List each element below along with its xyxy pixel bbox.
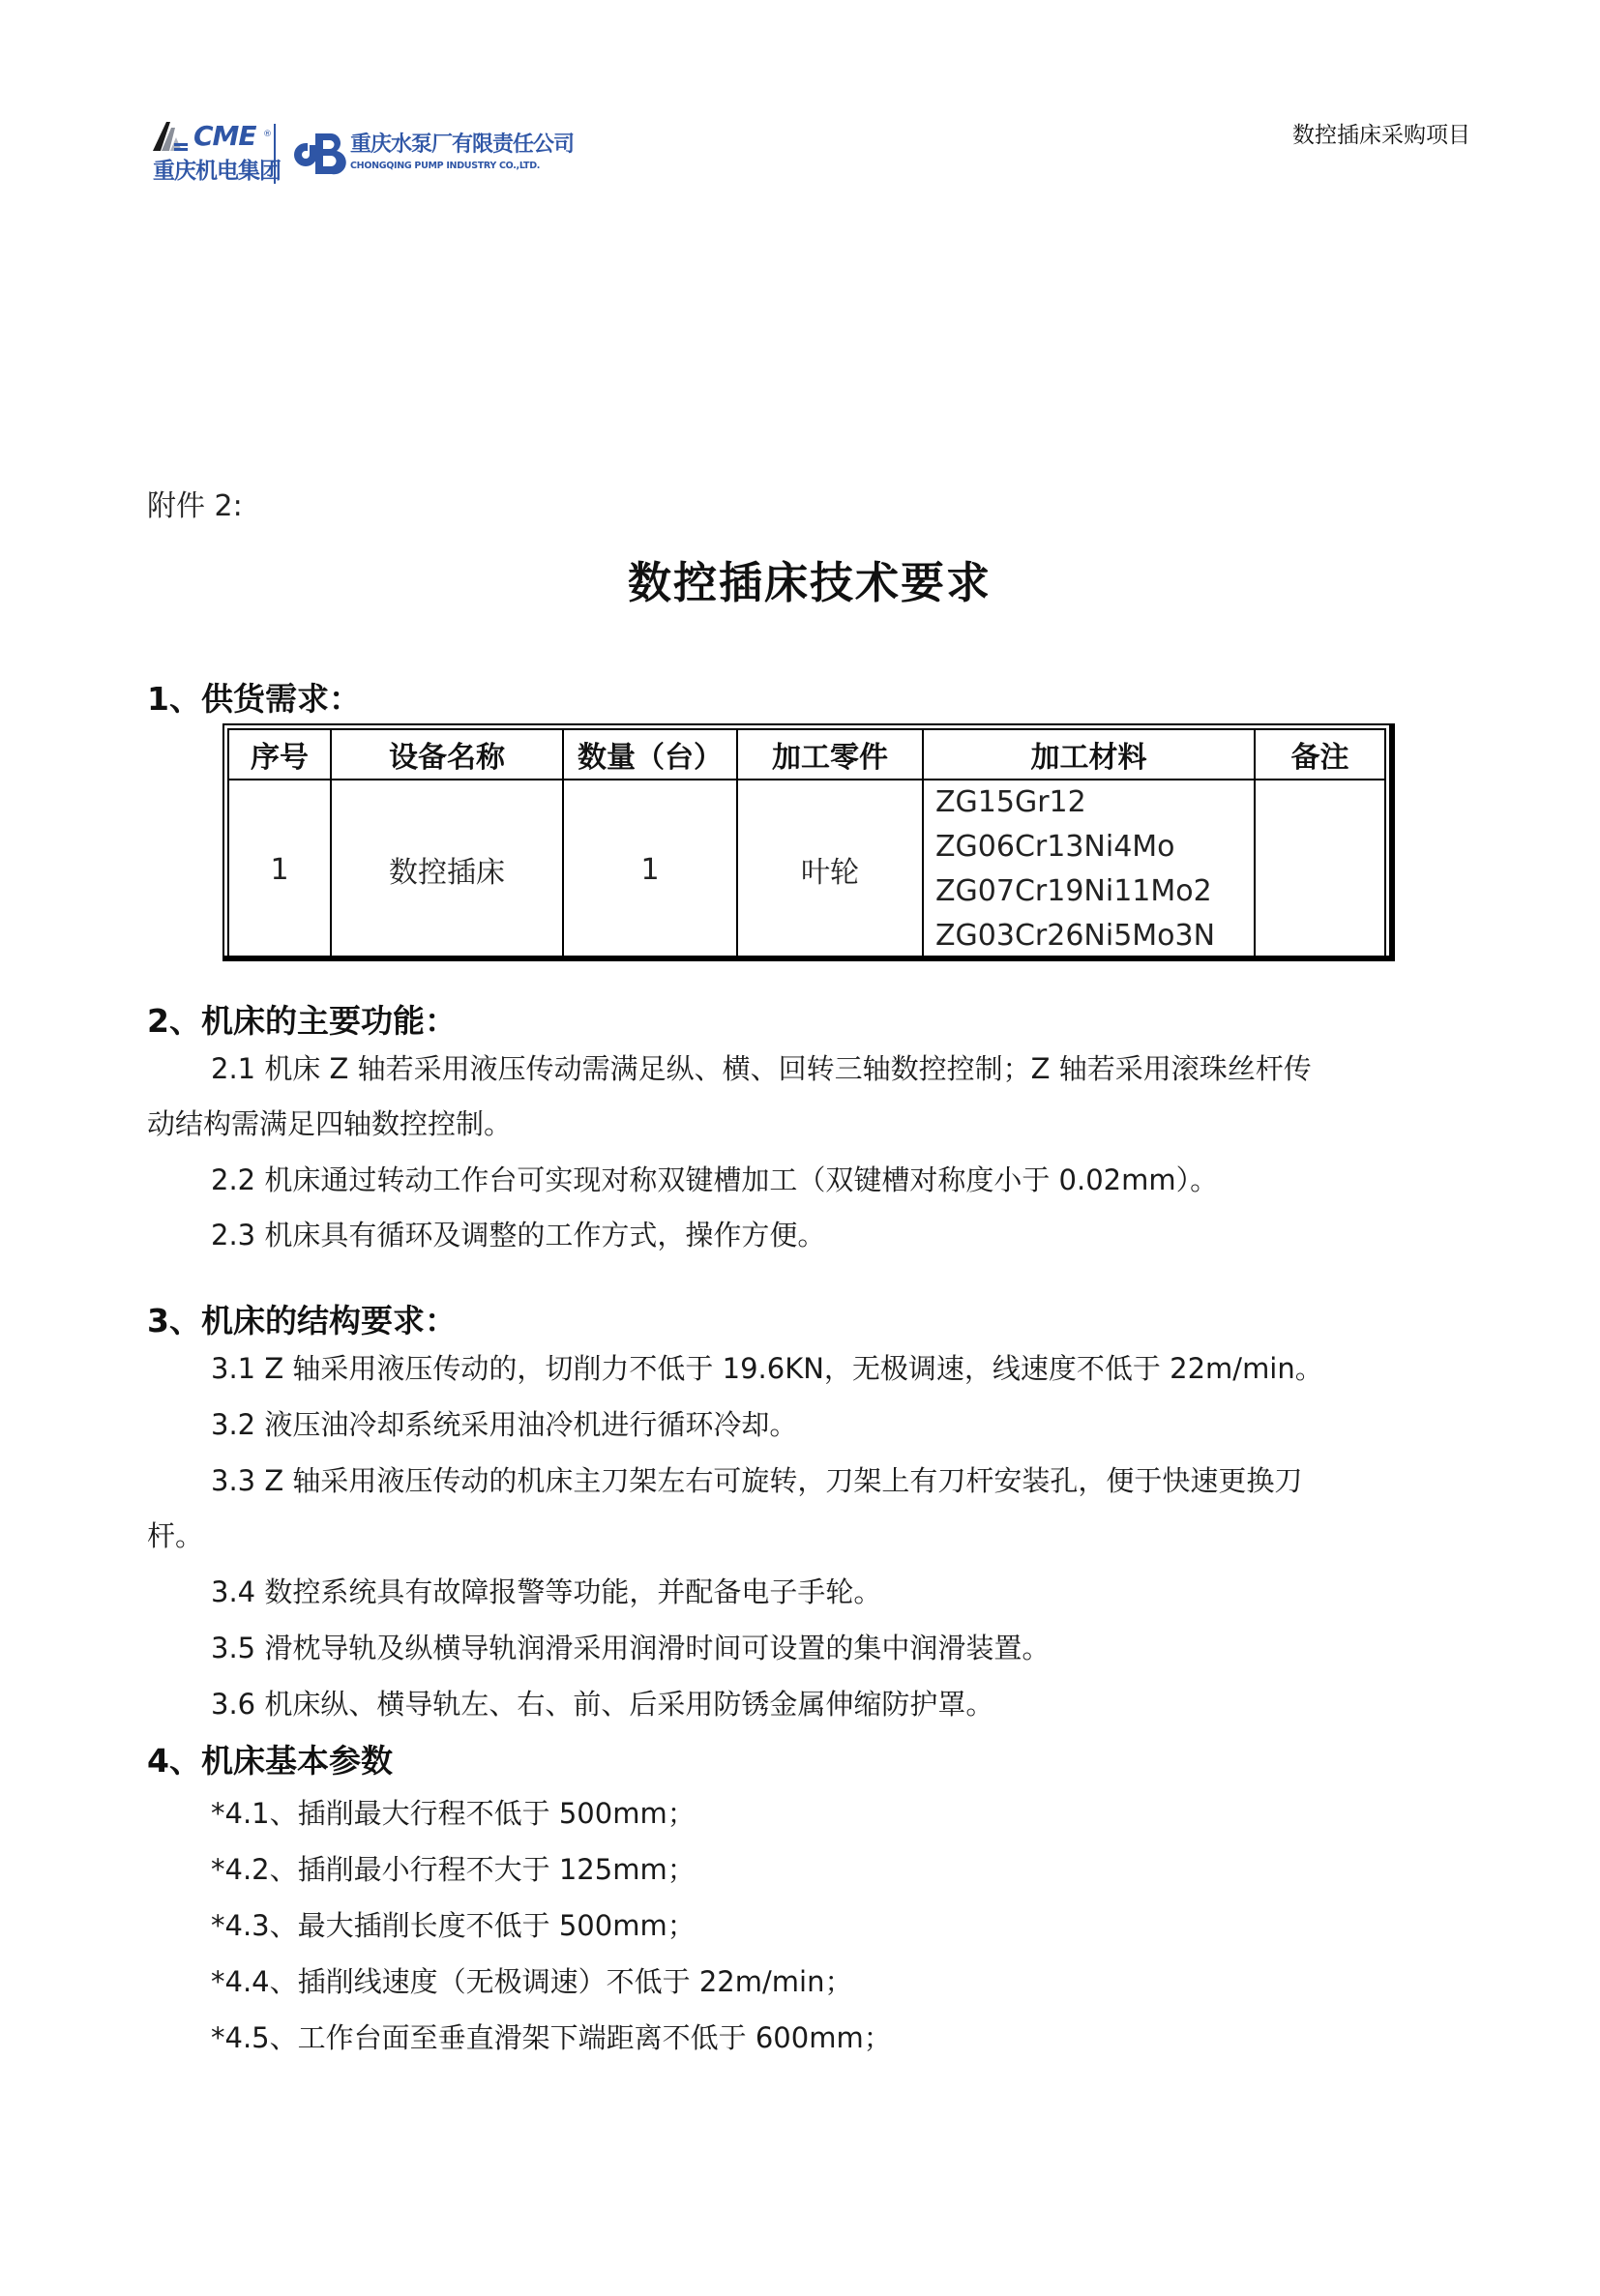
cell-equipment: 数控插床 xyxy=(331,780,563,959)
column-header-index: 序号 xyxy=(228,729,331,780)
registered-mark: ® xyxy=(263,130,272,139)
column-header-equipment: 设备名称 xyxy=(331,729,563,780)
cme-group-logo: CME ® 重庆机电集团 xyxy=(153,120,269,184)
table-header-row: 序号 设备名称 数量（台） 加工零件 加工材料 备注 xyxy=(228,729,1385,780)
column-header-part: 加工零件 xyxy=(737,729,923,780)
column-header-quantity: 数量（台） xyxy=(563,729,737,780)
material-item: ZG06Cr13Ni4Mo xyxy=(935,825,1254,869)
cme-mountain-icon xyxy=(153,122,192,151)
logo-divider xyxy=(274,124,276,184)
cb-monogram-icon xyxy=(290,130,346,178)
table-row: 1 数控插床 1 叶轮 ZG15Gr12 ZG06Cr13Ni4Mo ZG07C… xyxy=(228,780,1385,959)
section-heading-structure: 3、机床的结构要求： xyxy=(147,1296,457,1341)
parameter-4-4: *4.4、插削线速度（无极调速）不低于 22m/min； xyxy=(211,1960,852,2000)
parameter-4-5: *4.5、工作台面至垂直滑架下端距离不低于 600mm； xyxy=(211,2016,892,2056)
material-item: ZG15Gr12 xyxy=(935,780,1254,825)
document-title: 数控插床技术要求 xyxy=(0,547,1600,610)
paragraph-3-5: 3.5 滑枕导轨及纵横导轨润滑采用润滑时间可设置的集中润滑装置。 xyxy=(211,1627,1050,1666)
cell-index: 1 xyxy=(228,780,331,959)
material-item: ZG07Cr19Ni11Mo2 xyxy=(935,869,1254,914)
cqp-english-name: CHONGQING PUMP INDUSTRY CO.,LTD. xyxy=(350,161,540,171)
cme-chinese-name: 重庆机电集团 xyxy=(153,153,281,185)
paragraph-3-4: 3.4 数控系统具有故障报警等功能，并配备电子手轮。 xyxy=(211,1571,881,1610)
paragraph-3-6: 3.6 机床纵、横导轨左、右、前、后采用防锈金属伸缩防护罩。 xyxy=(211,1683,993,1722)
material-item: ZG03Cr26Ni5Mo3N xyxy=(935,914,1254,958)
parameter-4-1: *4.1、插削最大行程不低于 500mm； xyxy=(211,1792,696,1832)
section-heading-parameters: 4、机床基本参数 xyxy=(147,1736,393,1781)
attachment-label: 附件 2: xyxy=(147,482,243,524)
supply-table-frame: 序号 设备名称 数量（台） 加工零件 加工材料 备注 1 数控插床 1 叶轮 Z… xyxy=(222,723,1395,961)
cell-quantity: 1 xyxy=(563,780,737,959)
cell-remarks xyxy=(1255,780,1385,959)
paragraph-2-1: 2.1 机床 Z 轴若采用液压传动需满足纵、横、回转三轴数控控制；Z 轴若采用滚… xyxy=(211,1047,1312,1087)
section-heading-supply: 1、供货需求： xyxy=(147,674,361,720)
paragraph-2-2: 2.2 机床通过转动工作台可实现对称双键槽加工（双键槽对称度小于 0.02mm）… xyxy=(211,1159,1218,1198)
cme-brand-text: CME xyxy=(193,120,256,152)
paragraph-2-3: 2.3 机床具有循环及调整的工作方式，操作方便。 xyxy=(211,1214,825,1253)
column-header-materials: 加工材料 xyxy=(923,729,1255,780)
column-header-remarks: 备注 xyxy=(1255,729,1385,780)
paragraph-2-1-continued: 动结构需满足四轴数控控制。 xyxy=(147,1103,512,1142)
cqp-chinese-name: 重庆水泵厂有限责任公司 xyxy=(350,128,574,158)
parameter-4-3: *4.3、最大插削长度不低于 500mm； xyxy=(211,1904,696,1944)
paragraph-3-2: 3.2 液压油冷却系统采用油冷机进行循环冷却。 xyxy=(211,1403,797,1443)
project-label: 数控插床采购项目 xyxy=(1292,117,1470,149)
paragraph-3-3-continued: 杆。 xyxy=(147,1515,203,1554)
parameter-4-2: *4.2、插削最小行程不大于 125mm； xyxy=(211,1848,696,1888)
cell-materials: ZG15Gr12 ZG06Cr13Ni4Mo ZG07Cr19Ni11Mo2 Z… xyxy=(923,780,1255,959)
paragraph-3-1: 3.1 Z 轴采用液压传动的，切削力不低于 19.6KN，无极调速，线速度不低于… xyxy=(211,1347,1323,1387)
section-heading-functions: 2、机床的主要功能： xyxy=(147,996,457,1042)
chongqing-pump-logo: 重庆水泵厂有限责任公司 CHONGQING PUMP INDUSTRY CO.,… xyxy=(290,126,551,184)
supply-table: 序号 设备名称 数量（台） 加工零件 加工材料 备注 1 数控插床 1 叶轮 Z… xyxy=(227,728,1386,960)
cell-part: 叶轮 xyxy=(737,780,923,959)
paragraph-3-3: 3.3 Z 轴采用液压传动的机床主刀架左右可旋转，刀架上有刀杆安装孔，便于快速更… xyxy=(211,1459,1302,1499)
